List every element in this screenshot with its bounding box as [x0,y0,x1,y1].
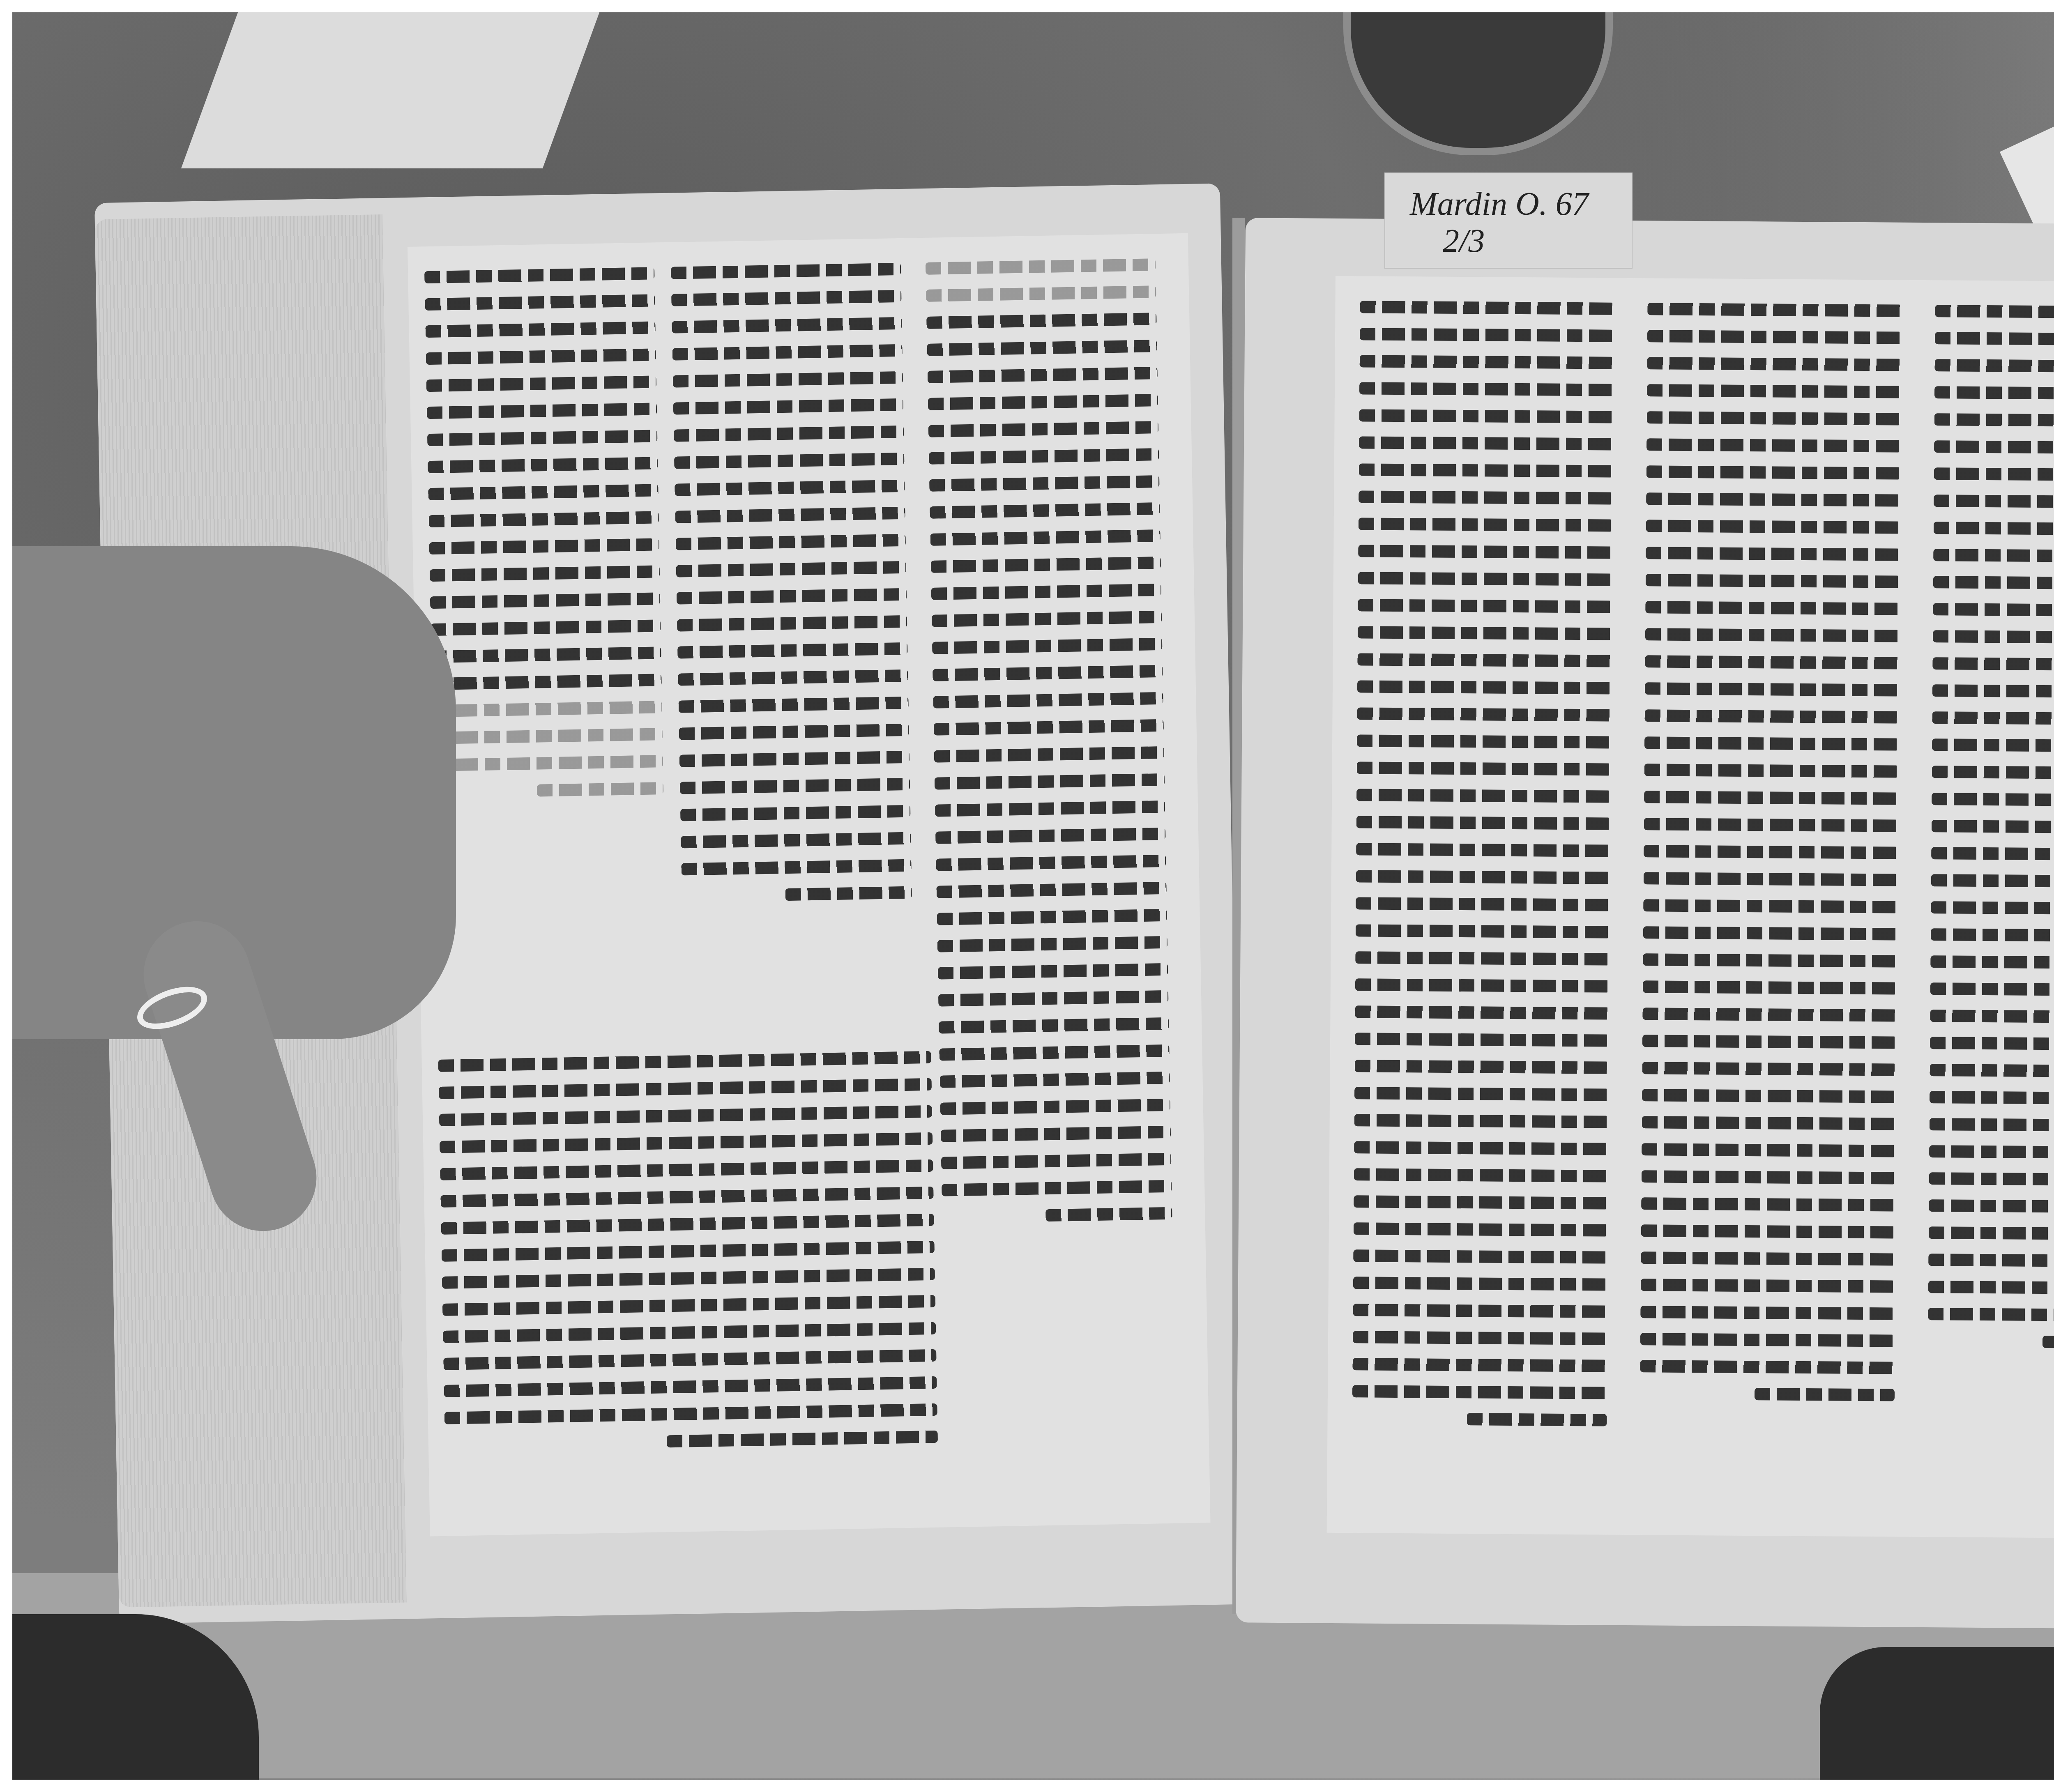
left-page-column-3 [424,267,663,798]
shelfmark-volume: 2/3 [1443,223,1485,260]
left-page-column-1 [926,258,1172,1223]
right-page-column-3 [1352,301,1614,1426]
paper-slip-top-left [181,12,599,168]
left-text-block [408,233,1211,1537]
left-page-column-2 [671,263,912,903]
right-page-column-1 [1928,305,2054,1349]
right-page-column-2 [1640,303,1902,1401]
shelfmark-label: Mardin O. 67 2/3 [1384,173,1633,269]
shelfmark-text: Mardin O. 67 [1410,186,1589,223]
right-page [1236,218,2054,1630]
sandal-right [1820,1647,2054,1780]
photograph: Mardin O. 67 2/3 Black-and-white photogr… [12,12,2054,1780]
right-text-block [1327,276,2054,1539]
left-page-bottom-paragraph [438,1051,938,1452]
woven-basket [1343,12,1613,155]
